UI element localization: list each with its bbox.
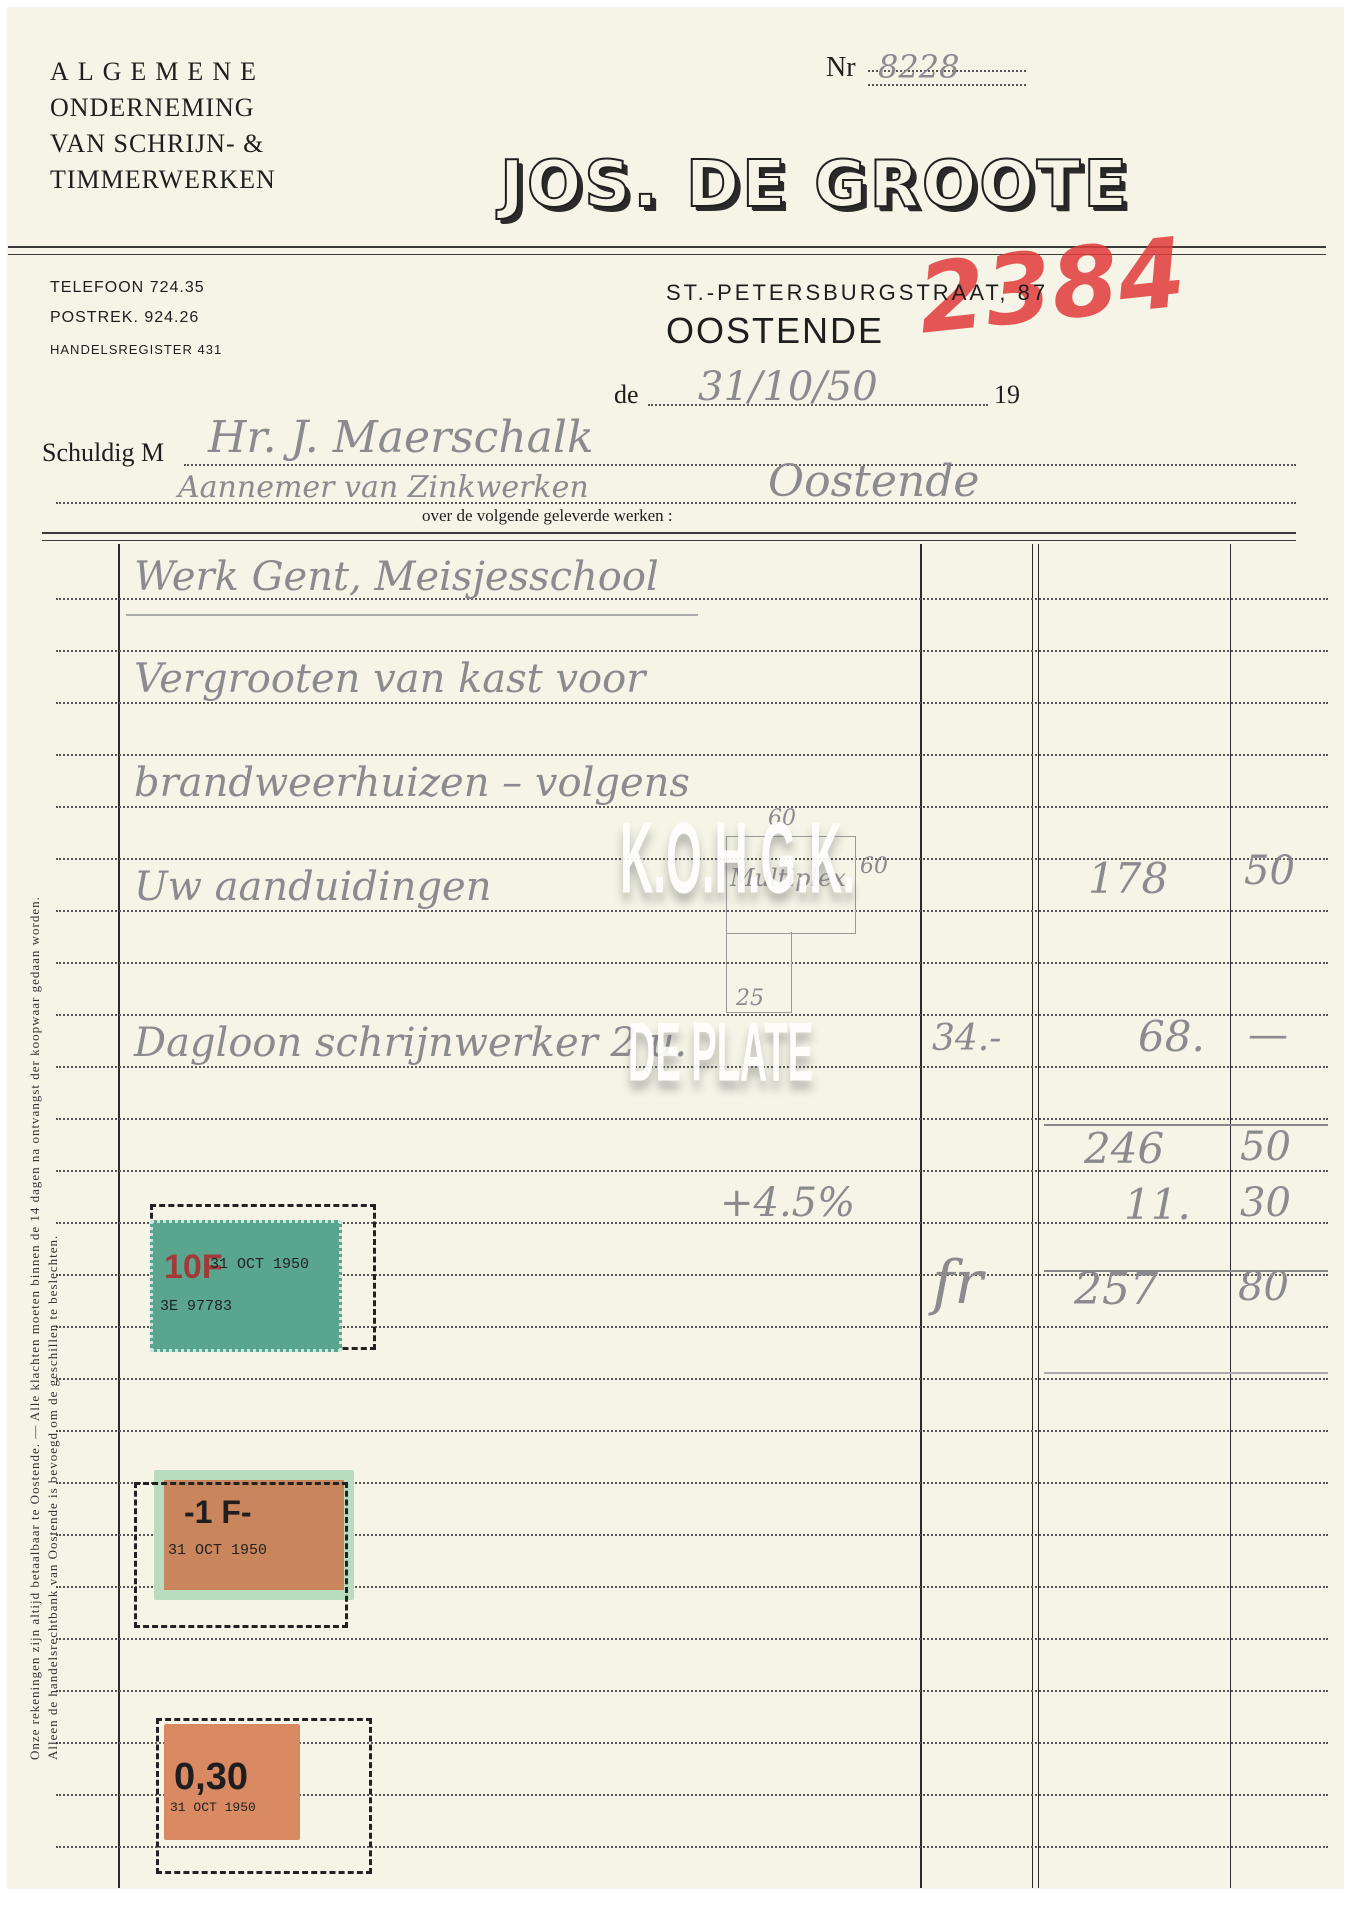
- column-line-amount-a: [1032, 544, 1033, 1888]
- company-line-4: TIMMERWERKEN: [50, 162, 276, 198]
- brand-name: JOS. DE GROOTE: [500, 148, 1130, 222]
- total-cents: 80: [1238, 1264, 1289, 1310]
- ruled-row-line: [56, 1378, 1328, 1380]
- currency-mark: fr: [932, 1248, 983, 1318]
- side-note-line-1: Onze rekeningen zijn altijd betaalbaar t…: [26, 896, 44, 1760]
- side-note-line-2: Alleen de handelsrechtbank van Oostende …: [44, 1235, 62, 1760]
- ruled-row-line: [56, 1118, 1328, 1120]
- ruled-row-line: [56, 962, 1328, 964]
- tax-amount: 11.: [1124, 1180, 1191, 1229]
- ruled-row-line: [56, 1638, 1328, 1640]
- telefoon-label: TELEFOON: [50, 279, 144, 296]
- contact-handelsregister: HANDELSREGISTER 431: [50, 336, 222, 364]
- invoice-paper: ALGEMENE ONDERNEMING VAN SCHRIJN- & TIMM…: [8, 8, 1343, 1888]
- debtor-profession: Aannemer van Zinkwerken: [178, 470, 589, 505]
- debtor-label: Schuldig M: [42, 438, 164, 468]
- stamp-1: 10F 31 OCT 1950 3E 97783: [150, 1220, 342, 1352]
- tax-label: +4.5%: [720, 1180, 855, 1226]
- stamp-1-code: 3E 97783: [160, 1298, 232, 1315]
- debtor-line-1: [184, 464, 1296, 466]
- line-item-1-underline: [126, 614, 698, 616]
- watermark-de-plate: DE PLATE: [628, 1008, 813, 1103]
- line-item-5-amount: 68.: [1138, 1012, 1205, 1061]
- watermark-kohgk: K.O.H.G.K.: [620, 798, 855, 917]
- ruled-row-line: [56, 650, 1328, 652]
- address-city: OOSTENDE: [666, 310, 884, 352]
- company-line-2: ONDERNEMING: [50, 90, 276, 126]
- invoice-number-value: 8228: [878, 48, 959, 86]
- company-description: ALGEMENE ONDERNEMING VAN SCHRIJN- & TIMM…: [50, 54, 276, 198]
- line-item-4-cents: 50: [1244, 848, 1295, 894]
- total-double-rule: [1044, 1372, 1328, 1374]
- ruled-row-line: [56, 1690, 1328, 1692]
- line-item-4: Uw aanduidingen: [134, 864, 491, 910]
- contact-postrek: POSTREK. 924.26: [50, 304, 199, 332]
- line-item-4-amount: 178: [1088, 854, 1168, 903]
- company-line-3: VAN SCHRIJN- &: [50, 126, 276, 162]
- invoice-number-label: Nr: [826, 52, 856, 84]
- sketch-side-dim: 60: [860, 854, 888, 879]
- postrek-label: POSTREK.: [50, 309, 139, 326]
- line-item-5-cents: —: [1248, 1012, 1288, 1058]
- line-item-2: Vergrooten van kast voor: [134, 656, 645, 702]
- total-amount: 257: [1074, 1264, 1158, 1315]
- ruled-row-line: [56, 754, 1328, 756]
- contact-telefoon: TELEFOON 724.35: [50, 274, 205, 302]
- line-item-3: brandweerhuizen – volgens: [134, 760, 690, 806]
- date-year-prefix: 19: [994, 380, 1020, 410]
- tax-cents: 30: [1240, 1180, 1291, 1226]
- column-line-amount-b: [1038, 544, 1039, 1888]
- date-label: de: [614, 380, 639, 410]
- subtotal-cents: 50: [1240, 1124, 1291, 1170]
- ruled-row-line: [56, 702, 1328, 704]
- column-line-margin: [118, 544, 120, 1888]
- stamp-1-cancel-date: 31 OCT 1950: [210, 1256, 309, 1273]
- company-line-1: ALGEMENE: [50, 54, 276, 90]
- date-value: 31/10/50: [698, 364, 878, 410]
- ruled-row-line: [56, 1430, 1328, 1432]
- column-line-cents: [1230, 544, 1231, 1888]
- works-caption: over de volgende geleverde werken :: [422, 506, 673, 526]
- telefoon-value: 724.35: [150, 279, 205, 296]
- line-item-1: Werk Gent, Meisjesschool: [134, 554, 659, 600]
- address-street: ST.-PETERSBURGSTRAAT, 87: [666, 280, 1048, 306]
- table-top-divider: [42, 532, 1296, 541]
- column-line-unit: [920, 544, 922, 1888]
- debtor-city: Oostende: [768, 456, 979, 507]
- postrek-value: 924.26: [144, 309, 199, 326]
- subtotal-amount: 246: [1084, 1124, 1164, 1173]
- line-item-5: Dagloon schrijnwerker 2 u.: [134, 1020, 687, 1066]
- stamp-2-cancel-frame: [134, 1482, 348, 1628]
- line-item-5-unit-price: 34.-: [932, 1018, 1001, 1059]
- handelsregister-label: HANDELSREGISTER: [50, 342, 193, 357]
- handelsregister-value: 431: [198, 342, 223, 357]
- stamp-3-cancel-frame: [156, 1718, 372, 1874]
- debtor-name: Hr. J. Maerschalk: [208, 412, 594, 463]
